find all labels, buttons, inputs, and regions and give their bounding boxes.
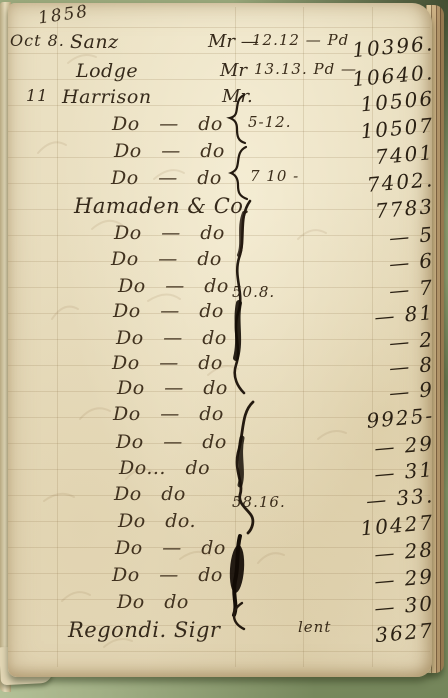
- entry-name: Do — do: [114, 222, 225, 244]
- entry-name: Lodge: [76, 60, 138, 82]
- entry-name: Do — do: [112, 564, 223, 586]
- entry-note: 7 10 -: [250, 167, 299, 185]
- entry-name: Do do.: [118, 510, 196, 532]
- scan-background: 1858 Oct 8. Sanz Mr — 12.12 — Pd 10396. …: [0, 0, 448, 698]
- entry-note: lent: [298, 618, 331, 636]
- entry-date: 11: [26, 86, 48, 105]
- entry-name: Do — do: [113, 403, 224, 425]
- entry-name: Do — do: [113, 300, 224, 322]
- ledger-row: Do — do — 29: [8, 431, 432, 457]
- entry-name: Regondi. Sigr: [68, 618, 220, 642]
- entry-name: Do... do: [119, 457, 210, 479]
- ledger-row: Do — do — 9: [8, 377, 432, 403]
- entry-note: 5-12.: [248, 113, 291, 131]
- entry-name: Do do: [114, 483, 186, 505]
- entry-name: Do — do: [118, 275, 229, 297]
- ledger-row: Do do — 30: [8, 591, 432, 617]
- ledger-row: Do — do — 5: [8, 222, 432, 248]
- entry-name: Do — do: [116, 431, 227, 453]
- ledger-row: Do — do — 2: [8, 327, 432, 353]
- ledger-row: Do do. 10427: [8, 510, 432, 536]
- ledger-row: Do — do 7 10 - 7402.: [8, 167, 432, 193]
- ledger-row: Do — do 9925-: [8, 403, 432, 429]
- ledger-row: Oct 8. Sanz Mr — 12.12 — Pd 10396.: [8, 31, 432, 57]
- entry-date: Oct 8.: [10, 31, 65, 50]
- ledger-row: Do — do — 29: [8, 564, 432, 590]
- ledger-row: Do — do 7401: [8, 140, 432, 166]
- entry-name: Do — do: [116, 327, 227, 349]
- entry-name: Do — do: [111, 167, 222, 189]
- ledger-row: Do — do — 28: [8, 537, 432, 563]
- entry-name: Do — do: [117, 377, 228, 399]
- ledger-row: Do... do — 31: [8, 457, 432, 483]
- ledger-row: Do — do 50.8. — 7: [8, 275, 432, 301]
- page-year: 1858: [37, 2, 91, 29]
- entry-name: Harrison: [62, 86, 152, 108]
- entry-honorific: Mr: [220, 60, 247, 81]
- entry-name: Do — do: [112, 352, 223, 374]
- ledger-row: Do — do — 81: [8, 300, 432, 326]
- entry-name: Hamaden & Co.: [74, 194, 250, 218]
- ledger-row: Do — do 5-12. 10507: [8, 113, 432, 139]
- ledger-row: Lodge Mr 13.13. Pd — 10640.: [8, 60, 432, 86]
- ledger-row: Do do 58.16. — 33.: [8, 483, 432, 509]
- page-edge-strip: [440, 5, 444, 673]
- entry-honorific: Mr.: [222, 86, 253, 107]
- ledger-row: Do — do — 6: [8, 248, 432, 274]
- entry-name: Sanz: [70, 31, 119, 53]
- ledger-page: 1858 Oct 8. Sanz Mr — 12.12 — Pd 10396. …: [8, 3, 432, 677]
- ledger-row: 11 Harrison Mr. 10506: [8, 86, 432, 112]
- entry-name: Do — do: [112, 113, 223, 135]
- entry-name: Do — do: [111, 248, 222, 270]
- ledger-row: Do — do — 8: [8, 352, 432, 378]
- entry-name: Do do: [117, 591, 189, 613]
- entry-name: Do — do: [115, 537, 226, 559]
- entry-name: Do — do: [114, 140, 225, 162]
- entry-note: 58.16.: [232, 493, 286, 511]
- ledger-row: Hamaden & Co. 7783: [8, 194, 432, 220]
- entry-note: 50.8.: [232, 283, 275, 301]
- ledger-row: Regondi. Sigr lent 3627: [8, 618, 432, 644]
